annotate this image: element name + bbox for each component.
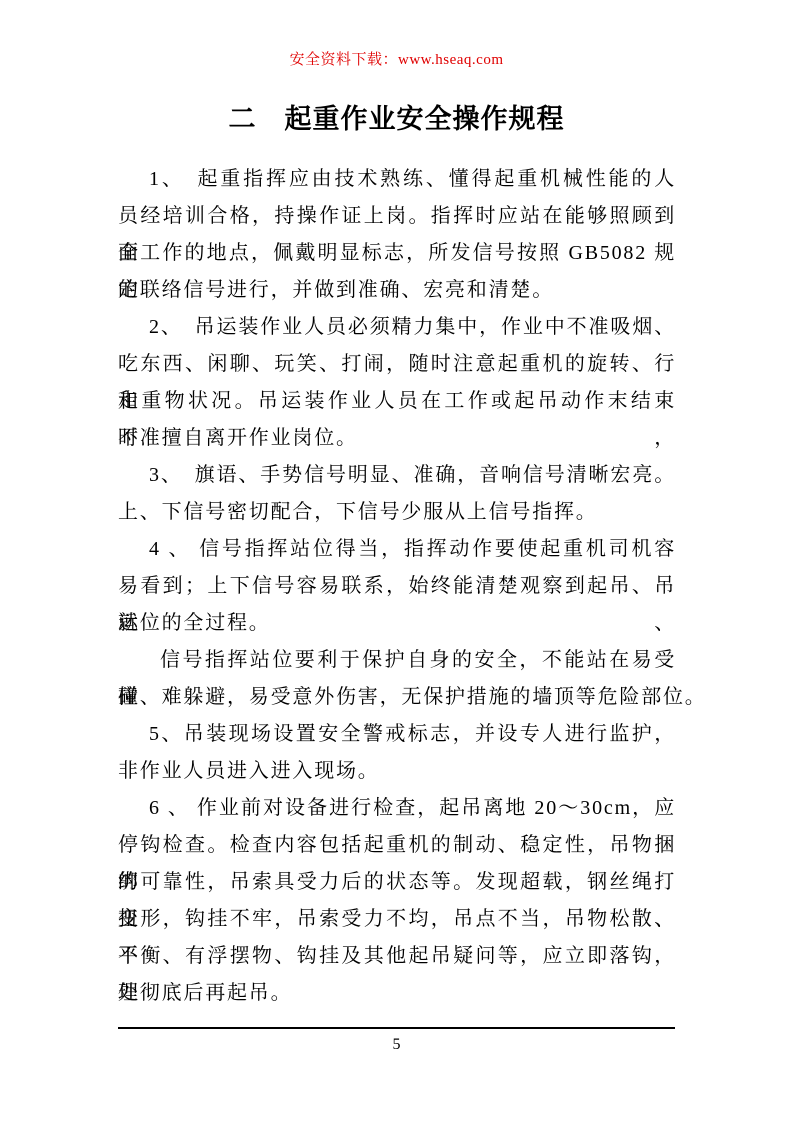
document-body: 1、 起重指挥应由技术熟练、懂得起重机械性能的人员经培训合格，持操作证上岗。指挥…	[118, 161, 676, 1012]
page-number: 5	[0, 1036, 793, 1054]
document-title: 二 起重作业安全操作规程	[0, 97, 793, 136]
text-line: 5、吊装现场设置安全警戒标志，并设专人进行监护，	[118, 716, 676, 753]
paragraph: 3、 旗语、手势信号明显、准确，音响信号清晰宏亮。上、下信号密切配合，下信号少服…	[118, 457, 676, 531]
text-line: 信号指挥站位要利于保护自身的安全，不能站在易受碰	[118, 642, 676, 679]
text-line: 上、下信号密切配合，下信号少服从上信号指挥。	[118, 494, 676, 531]
paragraph: 2、 吊运装作业人员必须精力集中，作业中不准吸烟、吃东西、闲聊、玩笑、打闹，随时…	[118, 309, 676, 457]
text-line: 6 、 作业前对设备进行检查，起吊离地 20～30cm，应	[118, 790, 676, 827]
text-line: 员经培训合格，持操作证上岗。指挥时应站在能够照顾到全	[118, 198, 676, 235]
text-line: 面工作的地点，佩戴明显标志，所发信号按照 GB5082 规定	[118, 235, 676, 272]
text-line: 平衡、有浮摆物、钩挂及其他起吊疑问等，应立即落钩，处	[118, 938, 676, 975]
paragraph: 1、 起重指挥应由技术熟练、懂得起重机械性能的人员经培训合格，持操作证上岗。指挥…	[118, 161, 676, 309]
document-page: 安全资料下载：www.hseaq.com 二 起重作业安全操作规程 1、 起重指…	[0, 0, 793, 1122]
paragraph: 4 、 信号指挥站位得当，指挥动作要使起重机司机容易看到；上下信号容易联系，始终…	[118, 531, 676, 642]
text-line: 1、 起重指挥应由技术熟练、懂得起重机械性能的人	[118, 161, 676, 198]
text-line: 变形，钩挂不牢，吊索受力不均，吊点不当，吊物松散、不	[118, 901, 676, 938]
text-line: 4 、 信号指挥站位得当，指挥动作要使起重机司机容	[118, 531, 676, 568]
text-line: 吃东西、闲聊、玩笑、打闹，随时注意起重机的旋转、行走	[118, 346, 676, 383]
paragraph: 6 、 作业前对设备进行检查，起吊离地 20～30cm，应停钩检查。检查内容包括…	[118, 790, 676, 1012]
text-line: 易看到；上下信号容易联系，始终能清楚观察到起吊、吊运、	[118, 568, 676, 605]
header-download-notice: 安全资料下载：www.hseaq.com	[0, 48, 793, 69]
text-line: 撞、难躲避，易受意外伤害，无保护措施的墙顶等危险部位。	[118, 679, 676, 716]
text-line: 3、 旗语、手势信号明显、准确，音响信号清晰宏亮。	[118, 457, 676, 494]
text-line: 理彻底后再起吊。	[118, 975, 676, 1012]
text-line: 非作业人员进入进入现场。	[118, 753, 676, 790]
text-line: 和重物状况。吊运装作业人员在工作或起吊动作末结束时，	[118, 383, 676, 420]
footer-divider	[118, 1027, 675, 1029]
paragraph: 5、吊装现场设置安全警戒标志，并设专人进行监护，非作业人员进入进入现场。	[118, 716, 676, 790]
text-line: 2、 吊运装作业人员必须精力集中，作业中不准吸烟、	[118, 309, 676, 346]
text-line: 停钩检查。检查内容包括起重机的制动、稳定性，吊物捆绑	[118, 827, 676, 864]
text-line: 的可靠性，吊索具受力后的状态等。发现超载，钢丝绳打扭、	[118, 864, 676, 901]
paragraph: 信号指挥站位要利于保护自身的安全，不能站在易受碰撞、难躲避，易受意外伤害，无保护…	[118, 642, 676, 716]
text-line: 的联络信号进行，并做到准确、宏亮和清楚。	[118, 272, 676, 309]
